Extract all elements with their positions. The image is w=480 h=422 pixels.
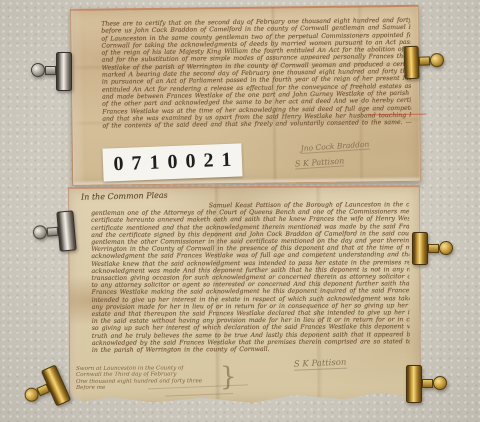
clip-lever bbox=[422, 376, 447, 390]
document-bottom-affidavit: In the Common Pleas Samuel Keast Pattiso… bbox=[68, 185, 421, 405]
clip-knob-icon bbox=[31, 63, 45, 77]
clip-lever bbox=[31, 63, 56, 77]
faint-endorsement-mark bbox=[165, 393, 233, 397]
bottom-document-handwriting: Samuel Keast Pattison of the Borough of … bbox=[91, 201, 410, 354]
clip-knob-icon bbox=[433, 376, 447, 390]
clip-knob-icon bbox=[32, 225, 47, 240]
binder-clip-middle-right bbox=[412, 232, 428, 265]
binder-clip-top-right bbox=[403, 46, 419, 80]
top-document-handwriting: These are to certify that on the second … bbox=[101, 17, 411, 130]
clip-bar bbox=[56, 210, 76, 251]
clip-lever bbox=[419, 53, 444, 68]
clip-stem bbox=[428, 244, 439, 253]
clip-knob-icon bbox=[439, 241, 453, 255]
clip-stem bbox=[422, 379, 433, 388]
clip-bar bbox=[56, 52, 72, 91]
sworn-clause-brace: } bbox=[220, 362, 237, 392]
clip-stem bbox=[45, 66, 56, 75]
clip-stem bbox=[419, 56, 430, 65]
clip-lever bbox=[428, 241, 453, 255]
clip-bar bbox=[412, 232, 428, 265]
handwritten-line: in the parish of Werrington in the count… bbox=[92, 345, 410, 354]
archive-number-label: 0710021 bbox=[102, 143, 242, 181]
signature-pattison-top: S K Pattison bbox=[295, 156, 345, 169]
binder-clip-bottom-right bbox=[406, 365, 422, 403]
clip-lever bbox=[22, 381, 51, 404]
clip-lever bbox=[32, 224, 58, 240]
clip-bar bbox=[406, 365, 422, 403]
archive-number: 0710021 bbox=[105, 148, 240, 176]
binder-clip-top-left bbox=[56, 52, 72, 91]
clip-bar bbox=[403, 46, 419, 80]
signature-pattison-bottom: S K Pattison bbox=[294, 358, 347, 371]
binder-clip-bottom-left bbox=[41, 364, 71, 406]
clip-stem bbox=[47, 226, 59, 236]
clip-knob-icon bbox=[430, 53, 444, 67]
photo-background: These are to certify that on the second … bbox=[0, 0, 480, 422]
signature-braddon: Jno Cock Braddon bbox=[300, 140, 369, 154]
court-heading: In the Common Pleas bbox=[81, 191, 168, 202]
binder-clip-middle-left bbox=[56, 210, 76, 251]
